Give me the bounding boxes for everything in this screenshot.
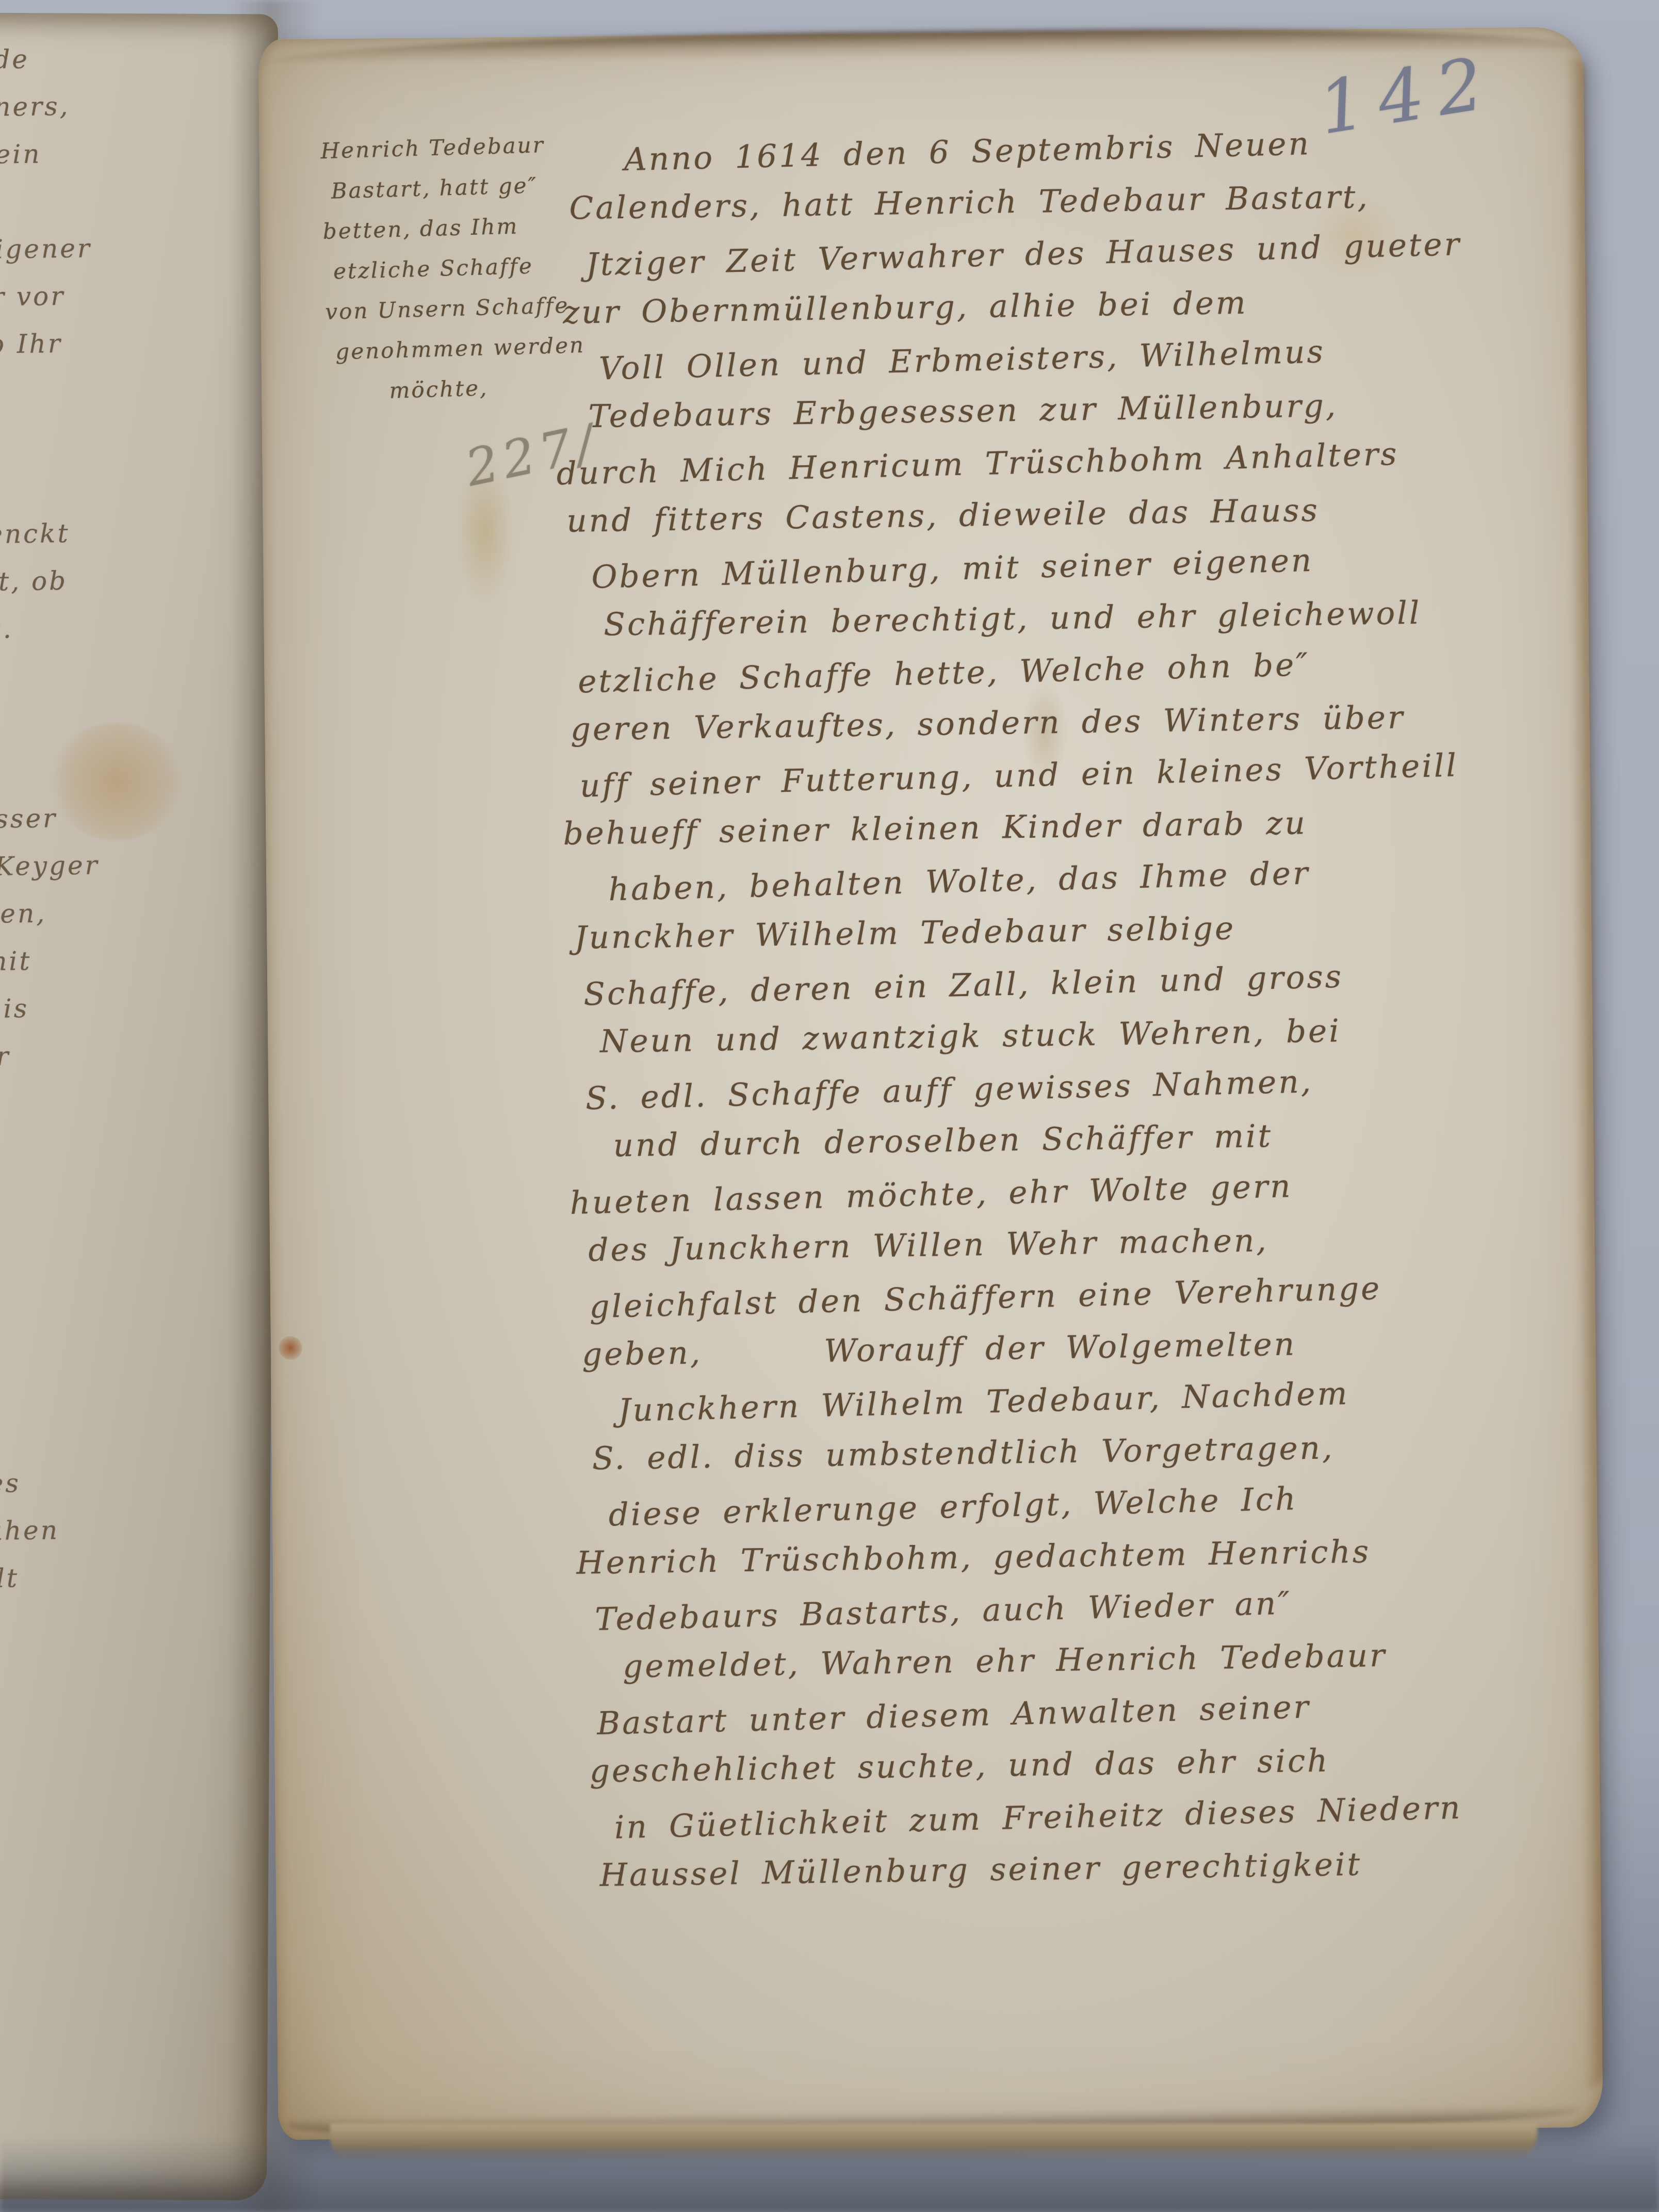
manuscript-line: üstler vor	[0, 272, 121, 322]
manuscript-line	[0, 1268, 134, 1318]
manuscript-line: chters.	[0, 604, 125, 654]
manuscript-line	[0, 414, 123, 464]
manuscript-line: borges	[0, 1458, 136, 1508]
main-text-block: Anno 1614 den 6 Septembris NeuenCalender…	[568, 113, 1622, 1904]
manuscript-line: Werckhen	[0, 1505, 136, 1555]
manuscript-line	[0, 746, 127, 796]
manuscript-line: s fall,	[0, 177, 120, 227]
manuscript-line: kinder	[0, 1031, 131, 1081]
manuscript-line: ist mit	[0, 936, 129, 986]
manuscript-line	[0, 1126, 132, 1176]
manuscript-line: etzalt	[0, 1553, 137, 1603]
manuscript-line: auss is	[0, 984, 130, 1034]
manuscript-line	[0, 1315, 134, 1365]
manuscript-line: ler eigener	[0, 224, 121, 274]
manuscript-line: kommen,	[0, 889, 129, 939]
manuscript-line	[0, 1174, 132, 1224]
manuscript-line: ist besser	[0, 794, 127, 844]
manuscript-line: Vor dein	[0, 129, 120, 180]
manuscript-line: s. Sieb Ihr	[0, 319, 122, 369]
manuscript-line: s bedenckt	[0, 509, 124, 559]
manuscript-line: er Ihm	[0, 367, 122, 417]
manuscript-line	[0, 652, 126, 702]
manuscript-line	[0, 462, 124, 512]
photo-backdrop: browedeneughners,Vor deins fall,ler eige…	[0, 0, 1659, 2212]
table-shadow	[0, 2136, 1659, 2212]
manuscript-line: es	[0, 1410, 135, 1460]
manuscript-line: browede	[0, 35, 118, 85]
manuscript-line: neughners,	[0, 82, 119, 132]
manuscript-line	[0, 1221, 133, 1271]
manuscript-line: ters Keyger	[0, 841, 128, 891]
manuscript-line	[0, 699, 126, 749]
manuscript-line	[0, 1079, 131, 1129]
left-page-text: browedeneughners,Vor deins fall,ler eige…	[0, 35, 137, 1603]
manuscript-line: gefragt, ob	[0, 557, 125, 607]
manuscript-line: hatt	[0, 1363, 135, 1413]
